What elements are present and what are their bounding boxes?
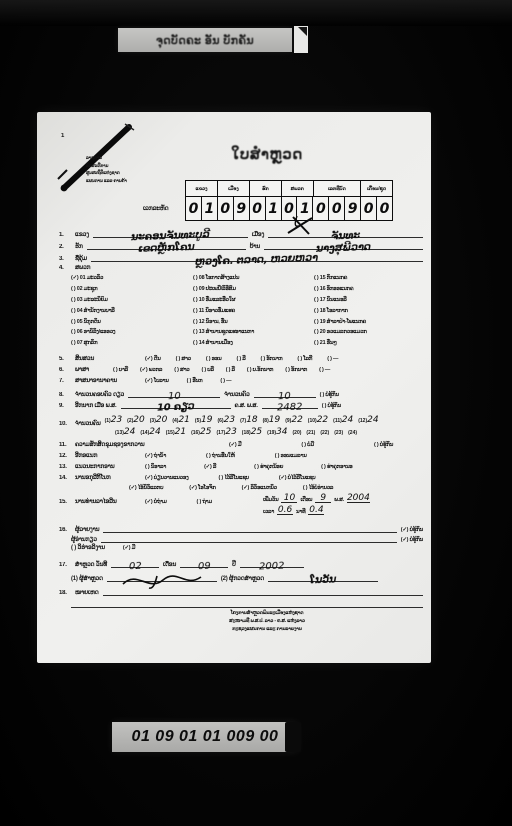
field-row-religion: 7. ສາສນາອານາຄານ (✓) ໂບລານ( ) ອື່ນກ( ) — (59, 377, 423, 384)
visit-date-line: ເພີ່ມວັນ 10 ເດືອນ 9 ພ.ສ. 2004 (263, 494, 421, 503)
field-row-reader: ຜູ້ອ່ານກຽວ (✓) ບໍ່ຮູ້ກິນ (71, 533, 423, 543)
slot-value: 25 (200, 427, 211, 437)
zone-option: ( ) 16 ອິກອອແນກຄ (314, 286, 367, 297)
ethnicity-label: ສິນສວນ (75, 355, 141, 362)
reader-label: ຜູ້ອ່ານກຽວ (71, 536, 97, 543)
slot-index: (24) (348, 430, 357, 436)
zone-option: ( ) 06 ອານິລິງ/ແອອວງ (71, 329, 115, 340)
official-label: ( ) ວິຮ່າອລິງານ (71, 544, 105, 551)
slot-value: 21 (175, 427, 186, 437)
zone-label: ສພວກ (75, 264, 90, 271)
village-field: ນາງສຸພີວາດ (264, 240, 423, 250)
hamlet-label: ຊື່ຄຸ້ມ (75, 255, 87, 262)
document-page: 1 ລາຊການທິດສະດີການສູນສະຖິຕິແຫ່ງຊາດແຜນການ… (37, 112, 431, 663)
form-footer: ໂຄງການສຳຫຼວດພົນລະເມືອງແຫ່ງຊາດສະໜາມທີ ພ.ສ… (157, 609, 377, 633)
footer-line: ໂຄງການສຳຫຼວດພົນລະເມືອງແຫ່ງຊາດ (157, 609, 377, 617)
footer-line: ສະໜາມທີ ພ.ສ.ປ. ລາວ - ຄ.ສ. ແຫ່ງລາວ (157, 617, 377, 625)
road-option: ( ) ຮ່າຄຸກນ້ອຍ (254, 464, 283, 470)
code-label: ເລກລະຫັດ (143, 205, 168, 212)
field-row-remarks: 18. ໝາຍເຫດ (59, 586, 423, 596)
population-slot: (24) (348, 421, 357, 439)
col-header-province: ແຂວງ (186, 181, 218, 196)
letterhead-line: ທິດສະດີການ (86, 162, 166, 170)
letterhead-line: ລາຊການ (86, 154, 166, 162)
field-row-canton: 2. ຮັກ ເຂດຫຼັກໂຄນ ບ້ານ ນາງສຸພີວາດ (59, 240, 423, 250)
code-digit-cell: 1 (266, 197, 282, 220)
services-option: (✓) ບ່ຽນວານແນວອງ (145, 475, 188, 481)
language-options: ( ) ບາລີ(✓) ພວກລ( ) ສາວ( ) ບລີ( ) ລີ( ) … (113, 367, 330, 373)
ethnicity-option: ( ) ອັກນາກ (261, 356, 283, 362)
visit-minute-label: ນາທີ (296, 509, 305, 515)
code-digit-cell: 9 (345, 197, 361, 220)
field-row-ethnicity: 5. ສິນສວນ (✓) ດີນ( ) ສາວ( ) ອອນ( ) ລີ( )… (59, 355, 423, 362)
survey-month-field: 09 (180, 558, 228, 568)
district-label: ເມືອງ (252, 231, 264, 238)
slot-value: 34 (276, 427, 287, 437)
zone-option: ( ) 12 ນິອານ, ອື່ນ (193, 319, 254, 330)
province-field: ນະຄອນຈັນທະບູລີ (93, 228, 248, 238)
field-row-visit: 15. ນານທ່ານລາໄອລີນ (✓) ບໍ່ຖ່າມ( ) ຖ່າມ (59, 498, 261, 505)
visit-day-value: 10 (281, 494, 297, 503)
notch-mark-icon (298, 27, 307, 36)
slot-index: (17) (216, 430, 225, 436)
survey-day-field: 02 (111, 558, 159, 568)
road-option: (✓) ລີ (204, 464, 216, 470)
population-slots-line2: (13)24(14)24(15)21(16)25(17)23(18)25(19)… (115, 421, 362, 439)
zone-option: ( ) 15 ກິກແນກຄ (314, 275, 367, 286)
col-header-canton: ຮັກ (250, 181, 282, 196)
services-option: (✓) ລິວິອແນກນິວ (242, 485, 277, 491)
field-row-language: 6. ພາສາ ( ) ບາລີ(✓) ພວກລ( ) ສາວ( ) ບລີ( … (59, 366, 423, 373)
households-label: ຈຳນວນຄອບຄົວ ດຽວ (75, 391, 124, 398)
hamlet-field: ຫຼວງໂຄ. ຕລາດ, ຫວຍຫວາ (91, 252, 423, 262)
checker-label: (2) ຜູ້ກວດສຳຫຼວດ (221, 575, 264, 582)
facility-option: (✓) ມີ (229, 442, 241, 448)
zone-option: ( ) 11 ນິອາວອື່ມແຮຄ (193, 308, 254, 319)
zone-options-col3: ( ) 15 ກິກແນກຄ( ) 16 ອິກອອແນກຄ( ) 17 ນິນ… (314, 275, 367, 351)
field-row-population-line2: (13)24(14)24(15)21(16)25(17)23(18)25(19)… (115, 421, 423, 439)
item-number: 3. (59, 256, 71, 262)
item-number: 2. (59, 244, 71, 250)
unknown-option: ( ) ບໍ່ຮູ້ກິນ (320, 392, 339, 398)
zone-option: ( ) 04 ສຳນັກງານບາລີ (71, 308, 115, 319)
language-option: ( ) ບລີ (202, 367, 214, 373)
slot-index: (21) (306, 430, 315, 436)
zone-option: ( ) 20 ອວແມລກວອແມວກ (314, 329, 367, 340)
code-digit-cell: 0 (250, 197, 266, 220)
zone-option: ( ) 07 ສຸກລິກ (71, 340, 115, 351)
zone-option: ( ) 08 ໂອກາດສ້າງແປນ (193, 275, 254, 286)
slot-index: (18) (242, 430, 251, 436)
letterhead-block: ລາຊການທິດສະດີການສູນສະຖິຕິແຫ່ງຊາດແຜນການ ແ… (86, 154, 166, 184)
film-header-strip: ຈຸດບັດຄະ ອັນ ບັກຄັນ (118, 28, 292, 52)
slot-index: (20) (293, 430, 302, 436)
slot-index: (23) (334, 430, 343, 436)
field-row-services-line2: (✓) ໄອ້ນິວິແລກບ(✓) ໂອໂອຈິກ(✓) ລິວິອແນກນິ… (129, 485, 423, 491)
religion-label: ສາສນາອານາຄານ (75, 377, 141, 384)
province-label: ແຂວງ (75, 231, 89, 238)
services-option: ( ) ໄອ້ບໍ່ອ່ານວລ (303, 485, 333, 491)
slot-index: (14) (140, 430, 149, 436)
facility-label: ຄວາມສັກສິດຂຸມຊອງຂາກວານ (75, 441, 225, 448)
visit-time-prefix: ເວລາ (263, 509, 274, 515)
reader-check: (✓) ບໍ່ຮູ້ກິນ (401, 537, 423, 543)
slot-index: (13) (115, 430, 124, 436)
code-table-header-row: ແຂວງ ເມືອງ ຮັກ ສພວກ ເລກທີບັດ ເດືອນ/ຊຸດ (186, 181, 392, 197)
services-option: (✓) ໄອ້ນິວິແລກບ (129, 485, 163, 491)
field-row-signatures: (1) ຜູ້ສຳຫຼວດ (2) ຜູ້ກວດສຳຫຼວດ ໂນວັນ (71, 572, 423, 582)
col-header-zone: ສພວກ (282, 181, 314, 196)
col-header-card-number: ເລກທີບັດ (314, 181, 361, 196)
field-row-households: 8. ຈຳນວນຄອບຄົວ ດຽວ 10 ຈຳນວນຄົວ 10 ( ) ບໍ… (59, 388, 423, 398)
zone-option: ( ) 10 ອື່ມແລະອື່ວໃຜ (193, 297, 254, 308)
services-label: ນານອກຸລີກິໂນກ (75, 474, 141, 481)
field-row-water: 12. ອີກອແນກ (✓) ຖ່ານ້ຳ( ) ຖ່ານອື່ນໃຫ້( )… (59, 452, 423, 459)
population-slot: (13)24 (115, 421, 135, 439)
founded-label: ອີກນາກ ເມື່ອ ພ.ສ. (75, 402, 117, 409)
microfilm-viewer: ຈຸດບັດຄະ ອັນ ບັກຄັນ 1 ລາຊການທິດສະດີການສູ… (0, 0, 512, 826)
religion-option: (✓) ໂບລານ (145, 378, 169, 384)
item-number: 11. (59, 442, 71, 448)
slot-value: 24 (149, 427, 160, 437)
checker-signature-handwriting: ໂນວັນ (310, 577, 336, 586)
visit-label: ນານທ່ານລາໄອລີນ (75, 498, 141, 505)
item-number: 7. (59, 378, 71, 384)
services-option: (✓) ບໍ່ໄວ້ລີໂນແຊບ (279, 475, 316, 481)
water-option: ( ) ຖ່ານອື່ນໃຫ້ (206, 453, 235, 459)
road-options: ( ) ນິອາລາ(✓) ລີ( ) ຮ່າຄຸກນ້ອຍ( ) ຮ່າຄຸກ… (145, 464, 353, 470)
code-digit-cell: 0 (186, 197, 202, 220)
field-row-founded-year: 9. ອີກນາກ ເມື່ອ ພ.ສ. 10 ຄຽວ ຄ.ສ. ພ.ສ. 24… (59, 399, 423, 409)
population-label: ຈຳນວນຄົນ (75, 420, 101, 427)
strip-smudge (285, 722, 301, 752)
language-option: ( ) ບາລີ (113, 367, 128, 373)
ethnicity-options: (✓) ດີນ( ) ສາວ( ) ອອນ( ) ລີ( ) ອັກນາກ( )… (145, 356, 338, 362)
remarks-label: ໝາຍເຫດ (75, 589, 99, 596)
reporter-label: ຜູ້ລາຍງານ (75, 526, 99, 533)
ethnicity-option: ( ) ສາວ (176, 356, 191, 362)
population-slot: (18)25 (242, 421, 262, 439)
population-slot: (17)23 (216, 421, 236, 439)
water-option: (✓) ຖ່ານ້ຳ (145, 453, 166, 459)
item-number: 8. (59, 392, 71, 398)
film-notch (294, 26, 308, 53)
visit-option: ( ) ຖ່າມ (197, 499, 212, 505)
slot-index: (1) (105, 418, 111, 424)
film-code-strip: 01 09 01 01 009 00 (112, 722, 298, 752)
form-title: ໃບສໍາຫຼວດ (165, 145, 369, 163)
survey-day-value: 02 (128, 563, 141, 571)
reader-field (101, 533, 397, 543)
code-digit-cell: 9 (234, 197, 250, 220)
visit-hour-value: 0.6 (277, 506, 293, 515)
road-option: ( ) ຮ່າຄຸກອານອ (321, 464, 352, 470)
checker-signature-field: ໂນວັນ (268, 572, 378, 582)
zone-option: ( ) 03 ມະຂະນິຍົມ (71, 297, 115, 308)
zone-option: ( ) 02 ມະຊຸກ (71, 286, 115, 297)
code-digit-cell: 0 (377, 197, 392, 220)
letterhead-line: ສູນສະຖິຕິແຫ່ງຊາດ (86, 169, 166, 177)
population-slot: (16)25 (191, 421, 211, 439)
religion-options: (✓) ໂບລານ( ) ອື່ນກ( ) — (145, 378, 231, 384)
services-options-line2: (✓) ໄອ້ນິວິແລກບ(✓) ໂອໂອຈິກ(✓) ລິວິອແນກນິ… (129, 485, 333, 491)
film-code-text: 01 09 01 01 009 00 (132, 728, 279, 746)
field-row-official: ( ) ວິຮ່າອລິງານ (✓) ມີ (71, 544, 423, 551)
col-header-district: ເມືອງ (218, 181, 250, 196)
field-row-hamlet: 3. ຊື່ຄຸ້ມ ຫຼວງໂຄ. ຕລາດ, ຫວຍຫວາ (59, 252, 423, 262)
facility-options: (✓) ມີ( ) ບໍ່ມີ( ) ບໍ່ຮູ້ກິນ (229, 442, 393, 448)
item-number: 1. (59, 232, 71, 238)
film-header-text: ຈຸດບັດຄະ ອັນ ບັກຄັນ (156, 34, 254, 47)
district-field: ຈັນທະ (268, 228, 423, 238)
religion-option: ( ) — (220, 378, 231, 384)
visit-minute-value: 0.4 (308, 506, 324, 515)
population-slot: (22) (320, 421, 329, 439)
survey-year-value: 2002 (259, 563, 285, 572)
language-option: ( ) ອັກນາກ (285, 367, 307, 373)
language-option: ( ) ສາວ (174, 367, 189, 373)
households-field: 10 (128, 388, 220, 398)
zone-option: ( ) 05 ນິກຸກດິນ (71, 319, 115, 330)
families-label: ຈຳນວນຄົວ (224, 391, 249, 398)
official-check: (✓) ມີ (123, 545, 135, 551)
water-options: (✓) ຖ່ານ້ຳ( ) ຖ່ານອື່ນໃຫ້( ) ອອນແມລານ (145, 453, 307, 459)
field-row-facility: 11. ຄວາມສັກສິດຂຸມຊອງຂາກວານ (✓) ມີ( ) ບໍ່… (59, 441, 423, 448)
ethnicity-option: ( ) ລີ (236, 356, 245, 362)
item-number: 18. (59, 590, 71, 596)
water-option: ( ) ອອນແມລານ (275, 453, 307, 459)
language-option: ( ) ລີ (226, 367, 235, 373)
reporter-field (103, 523, 396, 533)
survey-year-label: ປີ (232, 561, 236, 568)
footer-line: ກະຊວງແຜນການ ແລະ ການລາຍງານ (157, 625, 377, 633)
zone-option: ( ) 13 ສຳນານຊຸດແຮອາແນກາ (193, 329, 254, 340)
water-label: ອີກອແນກ (75, 452, 141, 459)
field-row-province: 1. ແຂວງ ນະຄອນຈັນທະບູລີ ເມືອງ ຈັນທະ (59, 228, 423, 238)
canton-field: ເຂດຫຼັກໂຄນ (87, 240, 246, 250)
code-digit-cell: 0 (218, 197, 234, 220)
zone-options-col2: ( ) 08 ໂອກາດສ້າງແປນ( ) 09 ປະເພນີ/ລິອີສົມ… (193, 275, 254, 351)
item-number: 17. (59, 562, 71, 568)
item-number: 4. (59, 265, 71, 271)
slot-index: (16) (191, 430, 200, 436)
visit-date-block: ເພີ່ມວັນ 10 ເດືອນ 9 ພ.ສ. 2004 ເວລາ 0.6 ນ… (263, 494, 421, 518)
zone-option: ( ) 21 ອື່ນໆ (314, 340, 367, 351)
ethnicity-option: ( ) ໂລກີ (297, 356, 312, 362)
ethnicity-option: ( ) — (327, 356, 338, 362)
item-number: 15. (59, 499, 71, 505)
zone-option: ( ) 14 ສຳນານເມືອງ (193, 340, 254, 351)
remarks-field-line1 (103, 586, 423, 596)
language-label: ພາສາ (75, 366, 109, 373)
language-option: (✓) ພວກລ (140, 367, 162, 373)
slot-value: 24 (124, 427, 135, 437)
field-row-zone-header: 4. ສພວກ (59, 264, 423, 271)
item-number: 16. (59, 527, 71, 533)
families-field: 10 (254, 388, 316, 398)
zone-option: ( ) 17 ນິນແນອລີ (314, 297, 367, 308)
item-number: 5. (59, 356, 71, 362)
letterhead-line: ແຜນການ ແລະ-ການຄ້າ (86, 177, 166, 185)
slot-value: 23 (225, 427, 236, 437)
era-field: 2482 (262, 399, 318, 409)
surveyor-signature-field (107, 572, 217, 582)
survey-year-field: 2002 (240, 558, 304, 568)
survey-month-label: ເດືອນ (163, 561, 176, 568)
item-number: 13. (59, 464, 71, 470)
survey-month-value: 09 (198, 563, 211, 571)
visit-month-value: 9 (315, 494, 331, 503)
field-row-reporter: 16. ຜູ້ລາຍງານ (✓) ບໍ່ຮູ້ກິນ (59, 523, 423, 533)
population-slot: (23) (334, 421, 343, 439)
item-number: 6. (59, 367, 71, 373)
services-option: ( ) ໄວ້ລີໂນແຊບ (218, 475, 248, 481)
visit-time-line: ເວລາ 0.6 ນາທີ 0.4 (263, 506, 421, 515)
population-slot: (21) (306, 421, 315, 439)
zone-option: (✓) 01 ມະວລິວ (71, 275, 115, 286)
zone-option: ( ) 18 ໂອລາກາກ (314, 308, 367, 319)
zone-option: ( ) 19 ສຳລາປ່າ-ໂພແນກຄ (314, 319, 367, 330)
item-number: 14. (59, 475, 71, 481)
religion-option: ( ) ອື່ນກ (187, 378, 203, 384)
survey-date-label: ສຳຫຼວດ ວັນທີ (75, 561, 107, 568)
slot-index: (19) (267, 430, 276, 436)
visit-year-value: 2004 (347, 494, 370, 503)
population-slot: (20) (293, 421, 302, 439)
population-slot: (15)21 (166, 421, 186, 439)
canton-label: ຮັກ (75, 243, 83, 250)
era-label: ຄ.ສ. ພ.ສ. (235, 402, 258, 409)
services-options-line1: (✓) ບ່ຽນວານແນວອງ( ) ໄວ້ລີໂນແຊບ(✓) ບໍ່ໄວ້… (145, 475, 315, 481)
founded-field: 10 ຄຽວ (121, 399, 231, 409)
road-label: ແນວນະກາກອານ (75, 463, 141, 470)
zone-options-col1: (✓) 01 ມະວລິວ( ) 02 ມະຊຸກ( ) 03 ມະຂະນິຍົ… (71, 275, 115, 351)
facility-option: ( ) ບໍ່ຮູ້ກິນ (374, 442, 393, 448)
code-digit-cell: 0 (361, 197, 377, 220)
col-header-month-set: ເດືອນ/ຊຸດ (361, 181, 392, 196)
language-option: ( ) ບ.ອັກນາກ (247, 367, 273, 373)
ethnicity-option: (✓) ດີນ (145, 356, 161, 362)
visit-era-label: ພ.ສ. (334, 497, 344, 503)
visit-option: (✓) ບໍ່ຖ່າມ (145, 499, 167, 505)
field-row-remarks-line2 (71, 598, 423, 608)
slot-value: 25 (251, 427, 262, 437)
services-option: (✓) ໂອໂອຈິກ (189, 485, 215, 491)
code-digit-cell: 1 (202, 197, 218, 220)
code-digit-cell: 0 (329, 197, 345, 220)
field-row-road: 13. ແນວນະກາກອານ ( ) ນິອາລາ(✓) ລີ( ) ຮ່າຄ… (59, 463, 423, 470)
population-slot: (19)34 (267, 421, 287, 439)
remarks-field-line2 (71, 598, 423, 608)
ethnicity-option: ( ) ອອນ (206, 356, 222, 362)
population-slot: (14)24 (140, 421, 160, 439)
visit-date-prefix: ເພີ່ມວັນ (263, 497, 278, 503)
village-label: ບ້ານ (250, 243, 260, 250)
language-option: ( ) — (319, 367, 330, 373)
visit-month-label: ເດືອນ (300, 497, 312, 503)
road-option: ( ) ນິອາລາ (145, 464, 166, 470)
visit-options: (✓) ບໍ່ຖ່າມ( ) ຖ່າມ (145, 499, 212, 505)
item-number: 10. (59, 421, 71, 427)
facility-option: ( ) ບໍ່ມີ (301, 442, 314, 448)
slot-index: (22) (320, 430, 329, 436)
slot-index: (15) (166, 430, 175, 436)
field-row-services-line1: 14. ນານອກຸລີກິໂນກ (✓) ບ່ຽນວານແນວອງ( ) ໄວ… (59, 474, 423, 481)
field-row-survey-date: 17. ສຳຫຼວດ ວັນທີ 02 ເດືອນ 09 ປີ 2002 (59, 558, 311, 568)
surveyor-label: (1) ຜູ້ສຳຫຼວດ (71, 575, 103, 582)
item-number: 12. (59, 453, 71, 459)
zone-option: ( ) 09 ປະເພນີ/ລິອີສົມ (193, 286, 254, 297)
